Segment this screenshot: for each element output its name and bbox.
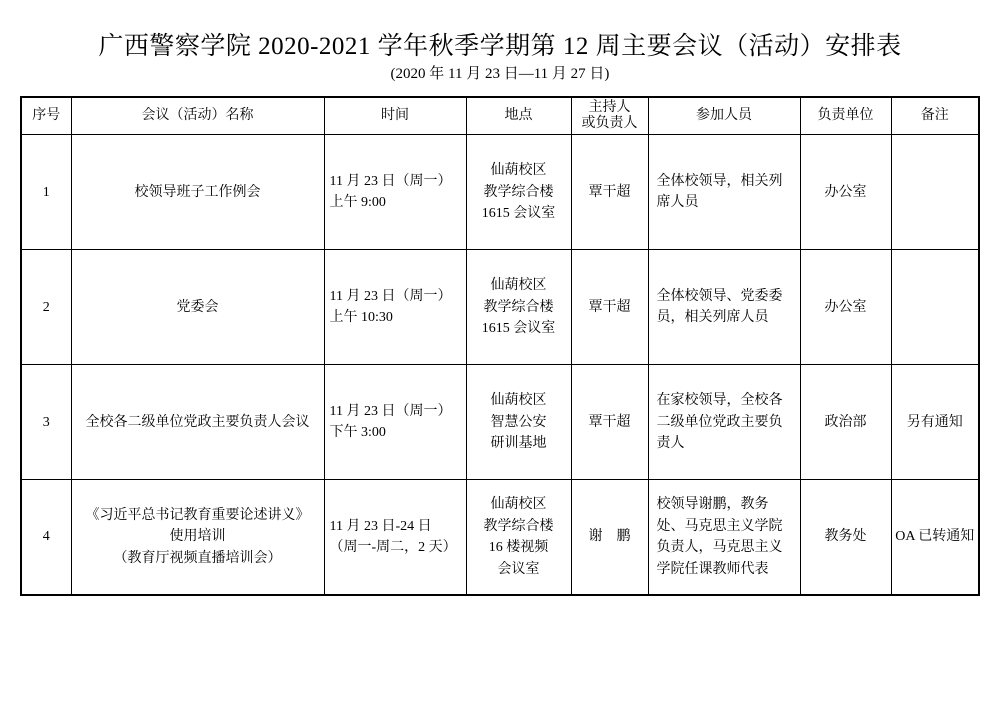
page-subtitle: (2020 年 11 月 23 日—11 月 27 日) xyxy=(0,65,1000,83)
table-row: 3 全校各二级单位党政主要负责人会议 11 月 23 日（周一） 下午 3:00… xyxy=(21,365,979,480)
table-row: 1 校领导班子工作例会 11 月 23 日（周一） 上午 9:00 仙葫校区 教… xyxy=(21,135,979,250)
cell-unit: 教务处 xyxy=(800,480,891,595)
cell-participants: 校领导谢鹏，教务处、马克思主义学院负责人，马克思主义学院任课教师代表 xyxy=(648,480,800,595)
cell-host: 覃干超 xyxy=(571,365,648,480)
cell-meeting-name: 《习近平总书记教育重要论述讲义》 使用培训 （教育厅视频直播培训会） xyxy=(71,480,324,595)
cell-location: 仙葫校区 教学综合楼 1615 会议室 xyxy=(466,250,571,365)
cell-seq: 2 xyxy=(21,250,71,365)
cell-unit: 办公室 xyxy=(800,250,891,365)
cell-host: 覃干超 xyxy=(571,135,648,250)
cell-time: 11 月 23 日（周一） 上午 9:00 xyxy=(324,135,466,250)
cell-location: 仙葫校区 教学综合楼 1615 会议室 xyxy=(466,135,571,250)
cell-meeting-name: 全校各二级单位党政主要负责人会议 xyxy=(71,365,324,480)
col-header-seq: 序号 xyxy=(21,97,71,135)
cell-seq: 3 xyxy=(21,365,71,480)
cell-participants: 在家校领导，全校各二级单位党政主要负责人 xyxy=(648,365,800,480)
cell-host: 覃干超 xyxy=(571,250,648,365)
document-page: 广西警察学院 2020-2021 学年秋季学期第 12 周主要会议（活动）安排表… xyxy=(0,0,1000,707)
cell-time: 11 月 23 日-24 日 （周一-周二，2 天） xyxy=(324,480,466,595)
cell-seq: 1 xyxy=(21,135,71,250)
cell-unit: 办公室 xyxy=(800,135,891,250)
col-header-time: 时间 xyxy=(324,97,466,135)
cell-location: 仙葫校区 教学综合楼 16 楼视频 会议室 xyxy=(466,480,571,595)
cell-time: 11 月 23 日（周一） 下午 3:00 xyxy=(324,365,466,480)
col-header-unit: 负责单位 xyxy=(800,97,891,135)
schedule-table: 序号 会议（活动）名称 时间 地点 主持人 或负责人 参加人员 负责单位 备注 … xyxy=(20,96,980,596)
table-row: 2 党委会 11 月 23 日（周一） 上午 10:30 仙葫校区 教学综合楼 … xyxy=(21,250,979,365)
page-title: 广西警察学院 2020-2021 学年秋季学期第 12 周主要会议（活动）安排表 xyxy=(0,31,1000,62)
col-header-remark: 备注 xyxy=(891,97,979,135)
cell-location: 仙葫校区 智慧公安 研训基地 xyxy=(466,365,571,480)
table-row: 4 《习近平总书记教育重要论述讲义》 使用培训 （教育厅视频直播培训会） 11 … xyxy=(21,480,979,595)
col-header-meeting-name: 会议（活动）名称 xyxy=(71,97,324,135)
cell-host: 谢 鹏 xyxy=(571,480,648,595)
cell-seq: 4 xyxy=(21,480,71,595)
cell-remark xyxy=(891,250,979,365)
col-header-participants: 参加人员 xyxy=(648,97,800,135)
cell-participants: 全体校领导，相关列席人员 xyxy=(648,135,800,250)
cell-participants: 全体校领导、党委委员，相关列席人员 xyxy=(648,250,800,365)
col-header-host: 主持人 或负责人 xyxy=(571,97,648,135)
cell-remark xyxy=(891,135,979,250)
cell-meeting-name: 校领导班子工作例会 xyxy=(71,135,324,250)
col-header-location: 地点 xyxy=(466,97,571,135)
cell-unit: 政治部 xyxy=(800,365,891,480)
cell-remark: 另有通知 xyxy=(891,365,979,480)
header-row: 序号 会议（活动）名称 时间 地点 主持人 或负责人 参加人员 负责单位 备注 xyxy=(21,97,979,135)
cell-remark: OA 已转通知 xyxy=(891,480,979,595)
cell-time: 11 月 23 日（周一） 上午 10:30 xyxy=(324,250,466,365)
cell-meeting-name: 党委会 xyxy=(71,250,324,365)
